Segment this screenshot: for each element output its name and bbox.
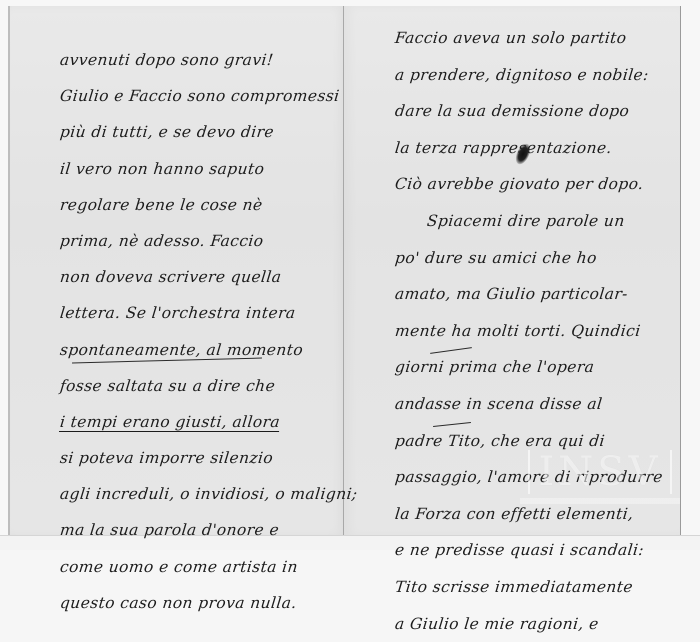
text-line: avvenuti dopo sono gravi!: [58, 42, 332, 78]
text-line: agli increduli, o invidiosi, o maligni;: [58, 476, 332, 512]
text-line-paragraph-start: Spiacemi dire parole un: [393, 203, 677, 240]
left-page-text: avvenuti dopo sono gravi! Giulio e Facci…: [60, 42, 330, 550]
text-line: la Forza con effetti elementi,: [393, 496, 677, 533]
text-line: andasse in scena disse al: [393, 386, 677, 423]
text-line: dare la sua demissione dopo: [393, 93, 677, 130]
text-line: mente ha molti torti. Quindici: [393, 313, 677, 350]
text-line: la terza rappresentazione.: [393, 130, 677, 167]
text-line: e ne predisse quasi i scandali:: [393, 532, 677, 550]
text-line: amato, ma Giulio particolar-: [393, 276, 677, 313]
text-line: Giulio e Faccio sono compromessi: [58, 78, 332, 114]
text-line: più di tutti, e se devo dire: [58, 114, 332, 150]
text-line: padre Tito, che era qui di: [393, 423, 677, 460]
text-line: lettera. Se l'orchestra intera: [58, 295, 332, 331]
text-line: regolare bene le cose nè: [58, 187, 332, 223]
right-page-text: Faccio aveva un solo partito a prendere,…: [395, 20, 675, 550]
page-fold: [343, 6, 344, 536]
text-line: non doveva scrivere quella: [58, 259, 332, 295]
text-line: po' dure su amici che ho: [393, 240, 677, 277]
text-line: prima, nè adesso. Faccio: [58, 223, 332, 259]
text-line: a prendere, dignitoso e nobile:: [393, 57, 677, 94]
text-line: giorni prima che l'opera: [393, 349, 677, 386]
text-line: si poteva imporre silenzio: [58, 440, 332, 476]
text-line: passaggio, l'amore di riprodurre: [393, 459, 677, 496]
text-line: Faccio aveva un solo partito: [393, 20, 677, 57]
text-line: fosse saltata su a dire che: [58, 368, 332, 404]
text-line-underlined: i tempi erano giusti, allora: [58, 404, 332, 440]
text-line: il vero non hanno saputo: [58, 151, 332, 187]
letter-photograph: avvenuti dopo sono gravi! Giulio e Facci…: [0, 0, 700, 550]
text-line: Ciò avrebbe giovato per dopo.: [393, 166, 677, 203]
text-line: ma la sua parola d'onore e: [58, 512, 332, 548]
